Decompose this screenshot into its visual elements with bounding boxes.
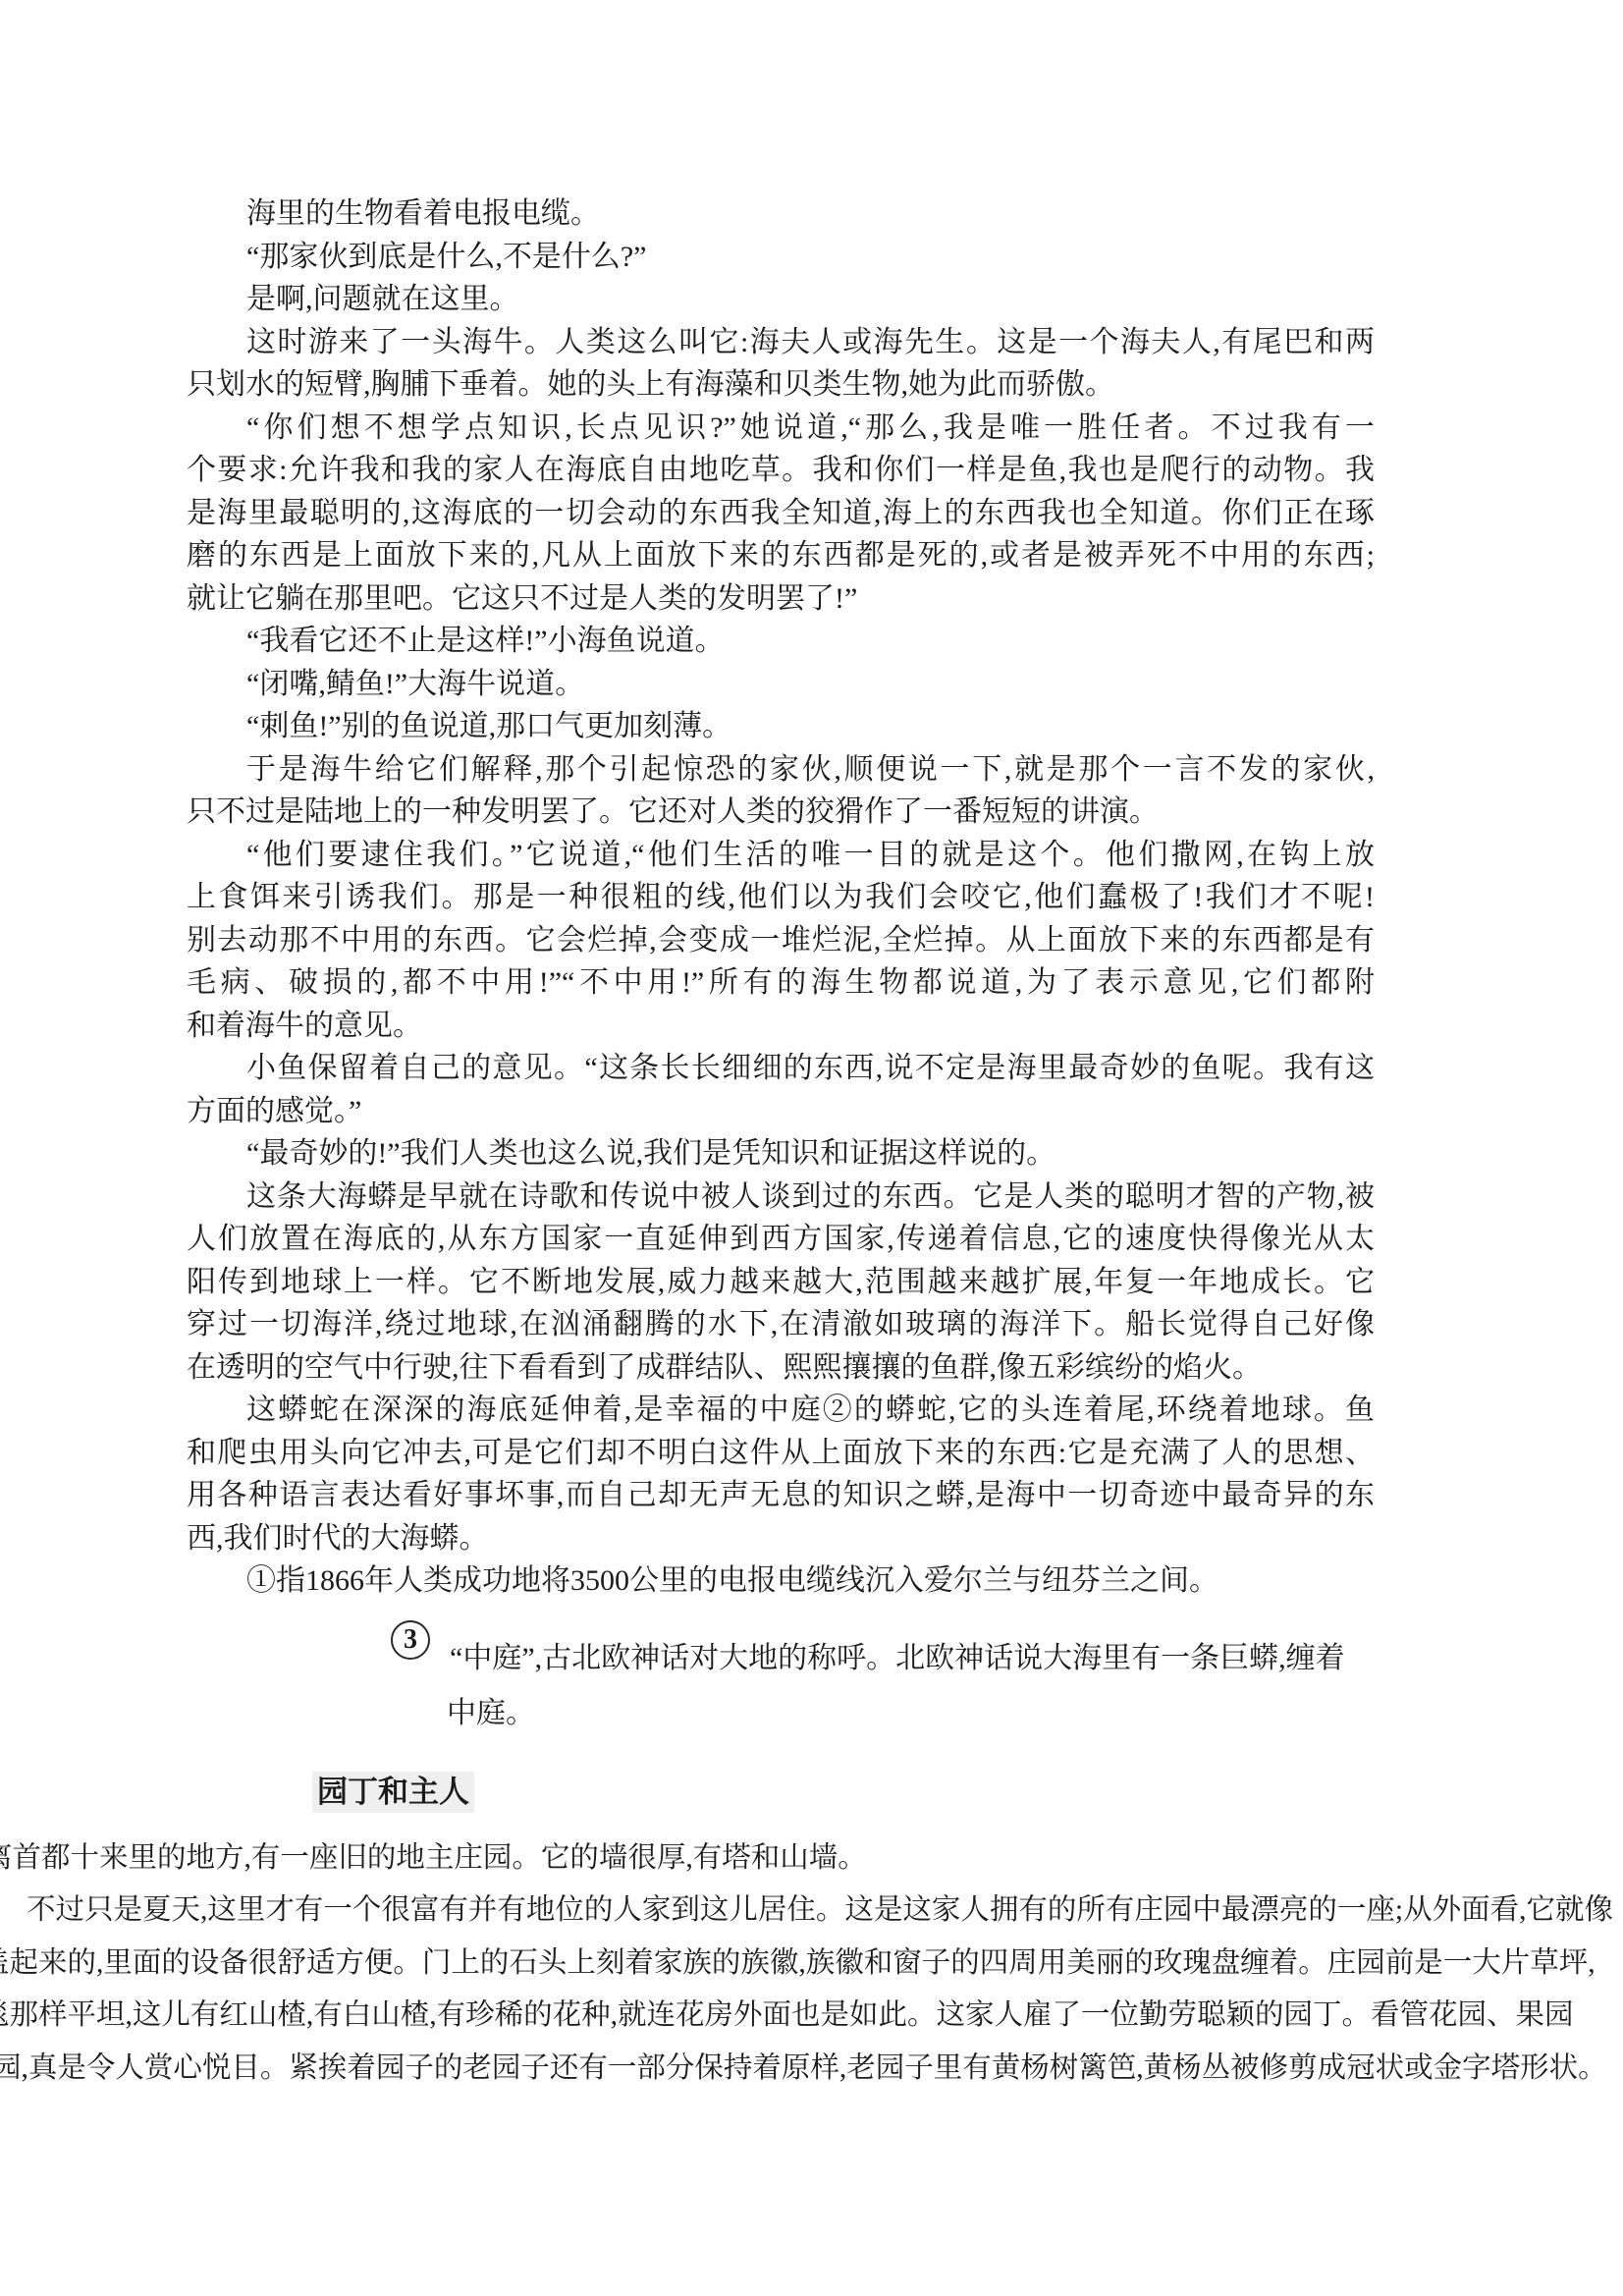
- document-page: 海里的生物看着电报电缆。“那家伙到底是什么,不是什么?”是啊,问题就在这里。这时…: [0, 0, 1623, 2296]
- story1-text-line-17: 上食饵来引诱我们。那是一种很粗的线,他们以为我们会咬它,他们蠢极了!我们才不呢!: [187, 876, 1375, 919]
- story1-text-line-8: 是海里最聪明的,这海底的一切会动的东西我全知道,海上的东西我也全知道。你们正在琢: [187, 492, 1375, 535]
- story1-text-line-12: “闭嘴,鲭鱼!”大海牛说道。: [187, 663, 1375, 706]
- story2-text-line-1: 离首都十来里的地方,有一座旧的地主庄园。它的墙很厚,有塔和山墙。: [0, 1832, 1623, 1885]
- story1-text-line-23: “最奇妙的!”我们人类也这么说,我们是凭知识和证据这样说的。: [187, 1132, 1375, 1175]
- story1-text-line-25: 人们放置在海底的,从东方国家一直延伸到西方国家,传递着信息,它的速度快得像光从太: [187, 1218, 1375, 1261]
- story1-text-line-3: 是啊,问题就在这里。: [187, 278, 1375, 321]
- story2-text-line-4: 毯那样平坦,这儿有红山楂,有白山楂,有珍稀的花种,就连花房外面也是如此。这家人雇…: [0, 1990, 1623, 2042]
- story1-text-line-15: 只不过是陆地上的一种发明罢了。它还对人类的狡猾作了一番短短的讲演。: [187, 791, 1375, 834]
- story2-text-line-5: 园,真是令人赏心悦目。紧挨着园子的老园子还有一部分保持着原样,老园子里有黄杨树篱…: [0, 2043, 1623, 2095]
- story1-text-line-26: 阳传到地球上一样。它不断地发展,威力越来越大,范围越来越扩展,年复一年地成长。它: [187, 1261, 1375, 1304]
- story1-text-line-28: 在透明的空气中行驶,往下看看到了成群结队、熙熙攘攘的鱼群,像五彩缤纷的焰火。: [187, 1346, 1375, 1390]
- story1-text-line-24: 这条大海蟒是早就在诗歌和传说中被人谈到过的东西。它是人类的聪明才智的产物,被: [187, 1175, 1375, 1219]
- story1-text-line-22: 方面的感觉。”: [187, 1090, 1375, 1133]
- footnote-3-number: 3: [404, 1624, 417, 1656]
- story1-text-line-9: 磨的东西是上面放下来的,凡从上面放下来的东西都是死的,或者是被弄死不中用的东西;: [187, 534, 1375, 577]
- story1-text-line-33: ①指1866年人类成功地将3500公里的电报电缆线沉入爱尔兰与纽芬兰之间。: [187, 1559, 1375, 1603]
- story1-sea-serpent-text: 海里的生物看着电报电缆。“那家伙到底是什么,不是什么?”是啊,问题就在这里。这时…: [187, 192, 1375, 1603]
- story1-text-line-1: 海里的生物看着电报电缆。: [187, 192, 1375, 236]
- story1-text-line-19: 毛病、破损的,都不中用!”“不中用!”所有的海生物都说道,为了表示意见,它们都附: [187, 961, 1375, 1005]
- footnote-3-text-line2: 中庭。: [447, 1688, 535, 1731]
- story1-text-line-27: 穿过一切海洋,绕过地球,在汹涌翻腾的水下,在清澈如玻璃的海洋下。船长觉得自己好像: [187, 1303, 1375, 1346]
- story2-text-line-3: 盖起来的,里面的设备很舒适方便。门上的石头上刻着家族的族徽,族徽和窗子的四周用美…: [0, 1938, 1623, 1990]
- story1-text-line-13: “刺鱼!”别的鱼说道,那口气更加刻薄。: [187, 705, 1375, 748]
- story1-text-line-7: 个要求:允许我和我的家人在海底自由地吃草。我和你们一样是鱼,我也是爬行的动物。我: [187, 449, 1375, 492]
- footnote-circled-3-marker: 3: [391, 1620, 430, 1660]
- story1-text-line-21: 小鱼保留着自己的意见。“这条长长细细的东西,说不定是海里最奇妙的鱼呢。我有这: [187, 1047, 1375, 1090]
- story2-text-line-2: 不过只是夏天,这里才有一个很富有并有地位的人家到这儿居住。这是这家人拥有的所有庄…: [27, 1885, 1623, 1937]
- story1-text-line-31: 用各种语言表达看好事坏事,而自己却无声无息的知识之蟒,是海中一切奇迹中最奇异的东: [187, 1474, 1375, 1517]
- story1-text-line-32: 西,我们时代的大海蟒。: [187, 1517, 1375, 1560]
- story1-text-line-29: 这蟒蛇在深深的海底延伸着,是幸福的中庭②的蟒蛇,它的头连着尾,环绕着地球。鱼: [187, 1389, 1375, 1432]
- story1-text-line-10: 就让它躺在那里吧。它这只不过是人类的发明罢了!”: [187, 577, 1375, 621]
- story1-text-line-2: “那家伙到底是什么,不是什么?”: [187, 236, 1375, 279]
- story1-text-line-14: 于是海牛给它们解释,那个引起惊恐的家伙,顺便说一下,就是那个一言不发的家伙,: [187, 748, 1375, 792]
- story1-text-line-20: 和着海牛的意见。: [187, 1005, 1375, 1048]
- story1-text-line-4: 这时游来了一头海牛。人类这么叫它:海夫人或海先生。这是一个海夫人,有尾巴和两: [187, 321, 1375, 364]
- story2-title-gardener-and-master: 园丁和主人: [312, 1772, 474, 1813]
- story1-text-line-30: 和爬虫用头向它冲去,可是它们却不明白这件从上面放下来的东西:它是充满了人的思想、: [187, 1432, 1375, 1475]
- story1-text-line-5: 只划水的短臂,胸脯下垂着。她的头上有海藻和贝类生物,她为此而骄傲。: [187, 363, 1375, 407]
- story1-text-line-16: “他们要逮住我们。”它说道,“他们生活的唯一目的就是这个。他们撒网,在钩上放: [187, 834, 1375, 877]
- story2-gardener-text: 离首都十来里的地方,有一座旧的地主庄园。它的墙很厚,有塔和山墙。不过只是夏天,这…: [0, 1832, 1623, 2095]
- footnote-3-text-line1: “中庭”,古北欧神话对大地的称呼。北欧神话说大海里有一条巨蟒,缠着: [450, 1633, 1345, 1676]
- story1-text-line-11: “我看它还不止是这样!”小海鱼说道。: [187, 620, 1375, 663]
- story1-text-line-18: 别去动那不中用的东西。它会烂掉,会变成一堆烂泥,全烂掉。从上面放下来的东西都是有: [187, 919, 1375, 962]
- story1-text-line-6: “你们想不想学点知识,长点见识?”她说道,“那么,我是唯一胜任者。不过我有一: [187, 407, 1375, 450]
